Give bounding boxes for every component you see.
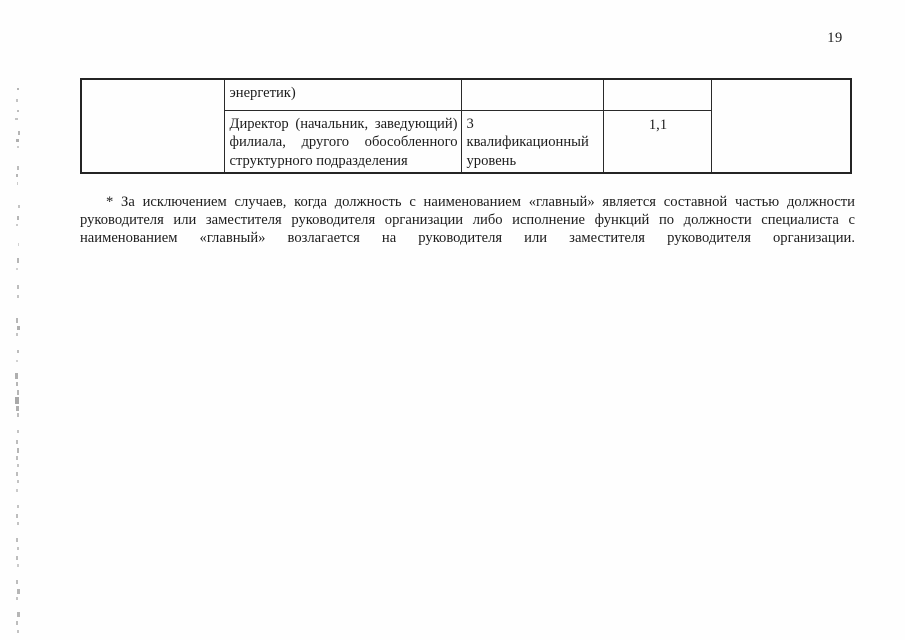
scan-speck (17, 430, 19, 433)
level-line: 3 квалификационный (467, 115, 600, 152)
scan-speck (17, 505, 19, 508)
scan-speck (15, 373, 18, 379)
scan-speck (17, 110, 19, 112)
scan-speck (16, 456, 18, 460)
scan-speck (16, 621, 18, 625)
scan-speck (16, 174, 18, 177)
scan-speck (16, 489, 18, 492)
level-line: уровень (467, 152, 600, 171)
scan-speck (17, 166, 19, 170)
scan-speck (17, 547, 19, 550)
scan-speck (17, 390, 19, 395)
scan-speck (17, 350, 19, 353)
scan-speck (16, 318, 18, 323)
empty-cell-level (461, 79, 603, 110)
position-text: энергетик) (230, 84, 458, 103)
position-line: Директор (начальник, заведующий) (230, 115, 458, 134)
scan-speck (17, 612, 20, 617)
scan-speck (17, 326, 20, 330)
footnote-line: * За исключением случаев, когда должност… (80, 193, 855, 211)
scan-speck (17, 258, 19, 263)
scan-speck (16, 472, 18, 476)
position-line: филиала, другого обособленного (230, 133, 458, 152)
scan-speck (15, 397, 19, 404)
scan-speck (16, 440, 18, 444)
scan-speck (16, 538, 18, 542)
empty-cell-coef (603, 79, 711, 110)
qualification-table: энергетик) Директор (начальник, заведующ… (80, 78, 852, 174)
empty-cell-right (711, 79, 851, 173)
scan-speck (17, 522, 19, 525)
table-row: энергетик) (81, 79, 851, 110)
empty-cell-left (81, 79, 224, 173)
scan-speck (17, 88, 19, 90)
scan-speck (16, 99, 18, 102)
scan-speck (15, 118, 18, 120)
scan-speck (16, 406, 19, 411)
footnote-line: наименованием «главный» возлагается на р… (80, 229, 855, 247)
scan-speck (17, 413, 19, 417)
scan-speck (16, 556, 18, 560)
scan-speck (16, 580, 18, 584)
scan-speck (16, 382, 18, 386)
scan-speck (18, 243, 19, 246)
footnote: * За исключением случаев, когда должност… (80, 193, 855, 248)
scan-speck (16, 139, 19, 142)
scan-speck (17, 589, 20, 594)
scan-speck (17, 480, 19, 483)
scan-speck (17, 630, 19, 633)
position-cell: Директор (начальник, заведующий) филиала… (224, 110, 461, 173)
scan-speck (17, 216, 19, 220)
coefficient-cell: 1,1 (603, 110, 711, 173)
position-line: структурного подразделения (230, 152, 458, 171)
page-number: 19 (816, 30, 854, 47)
scan-speck (18, 205, 20, 208)
scan-speck (17, 146, 19, 148)
scan-speck (17, 182, 18, 185)
scanned-document-page: 19 энергетик) Директор (начальник, завед… (0, 0, 905, 640)
qualification-level-cell: 3 квалификационный уровень (461, 110, 603, 173)
scan-speck (17, 295, 19, 298)
scan-speck (18, 131, 20, 135)
scan-speck (16, 514, 18, 518)
scan-speck (17, 448, 19, 453)
scan-speck (17, 564, 19, 567)
scan-speck (16, 360, 18, 362)
scan-speck (16, 597, 18, 600)
footnote-line: руководителя или заместителя руководител… (80, 211, 855, 229)
scan-speck (16, 268, 18, 270)
scan-speck (17, 464, 19, 467)
scan-speck (16, 333, 18, 336)
position-cell-continued: энергетик) (224, 79, 461, 110)
scan-speck (16, 224, 18, 226)
scan-speck (17, 285, 19, 289)
